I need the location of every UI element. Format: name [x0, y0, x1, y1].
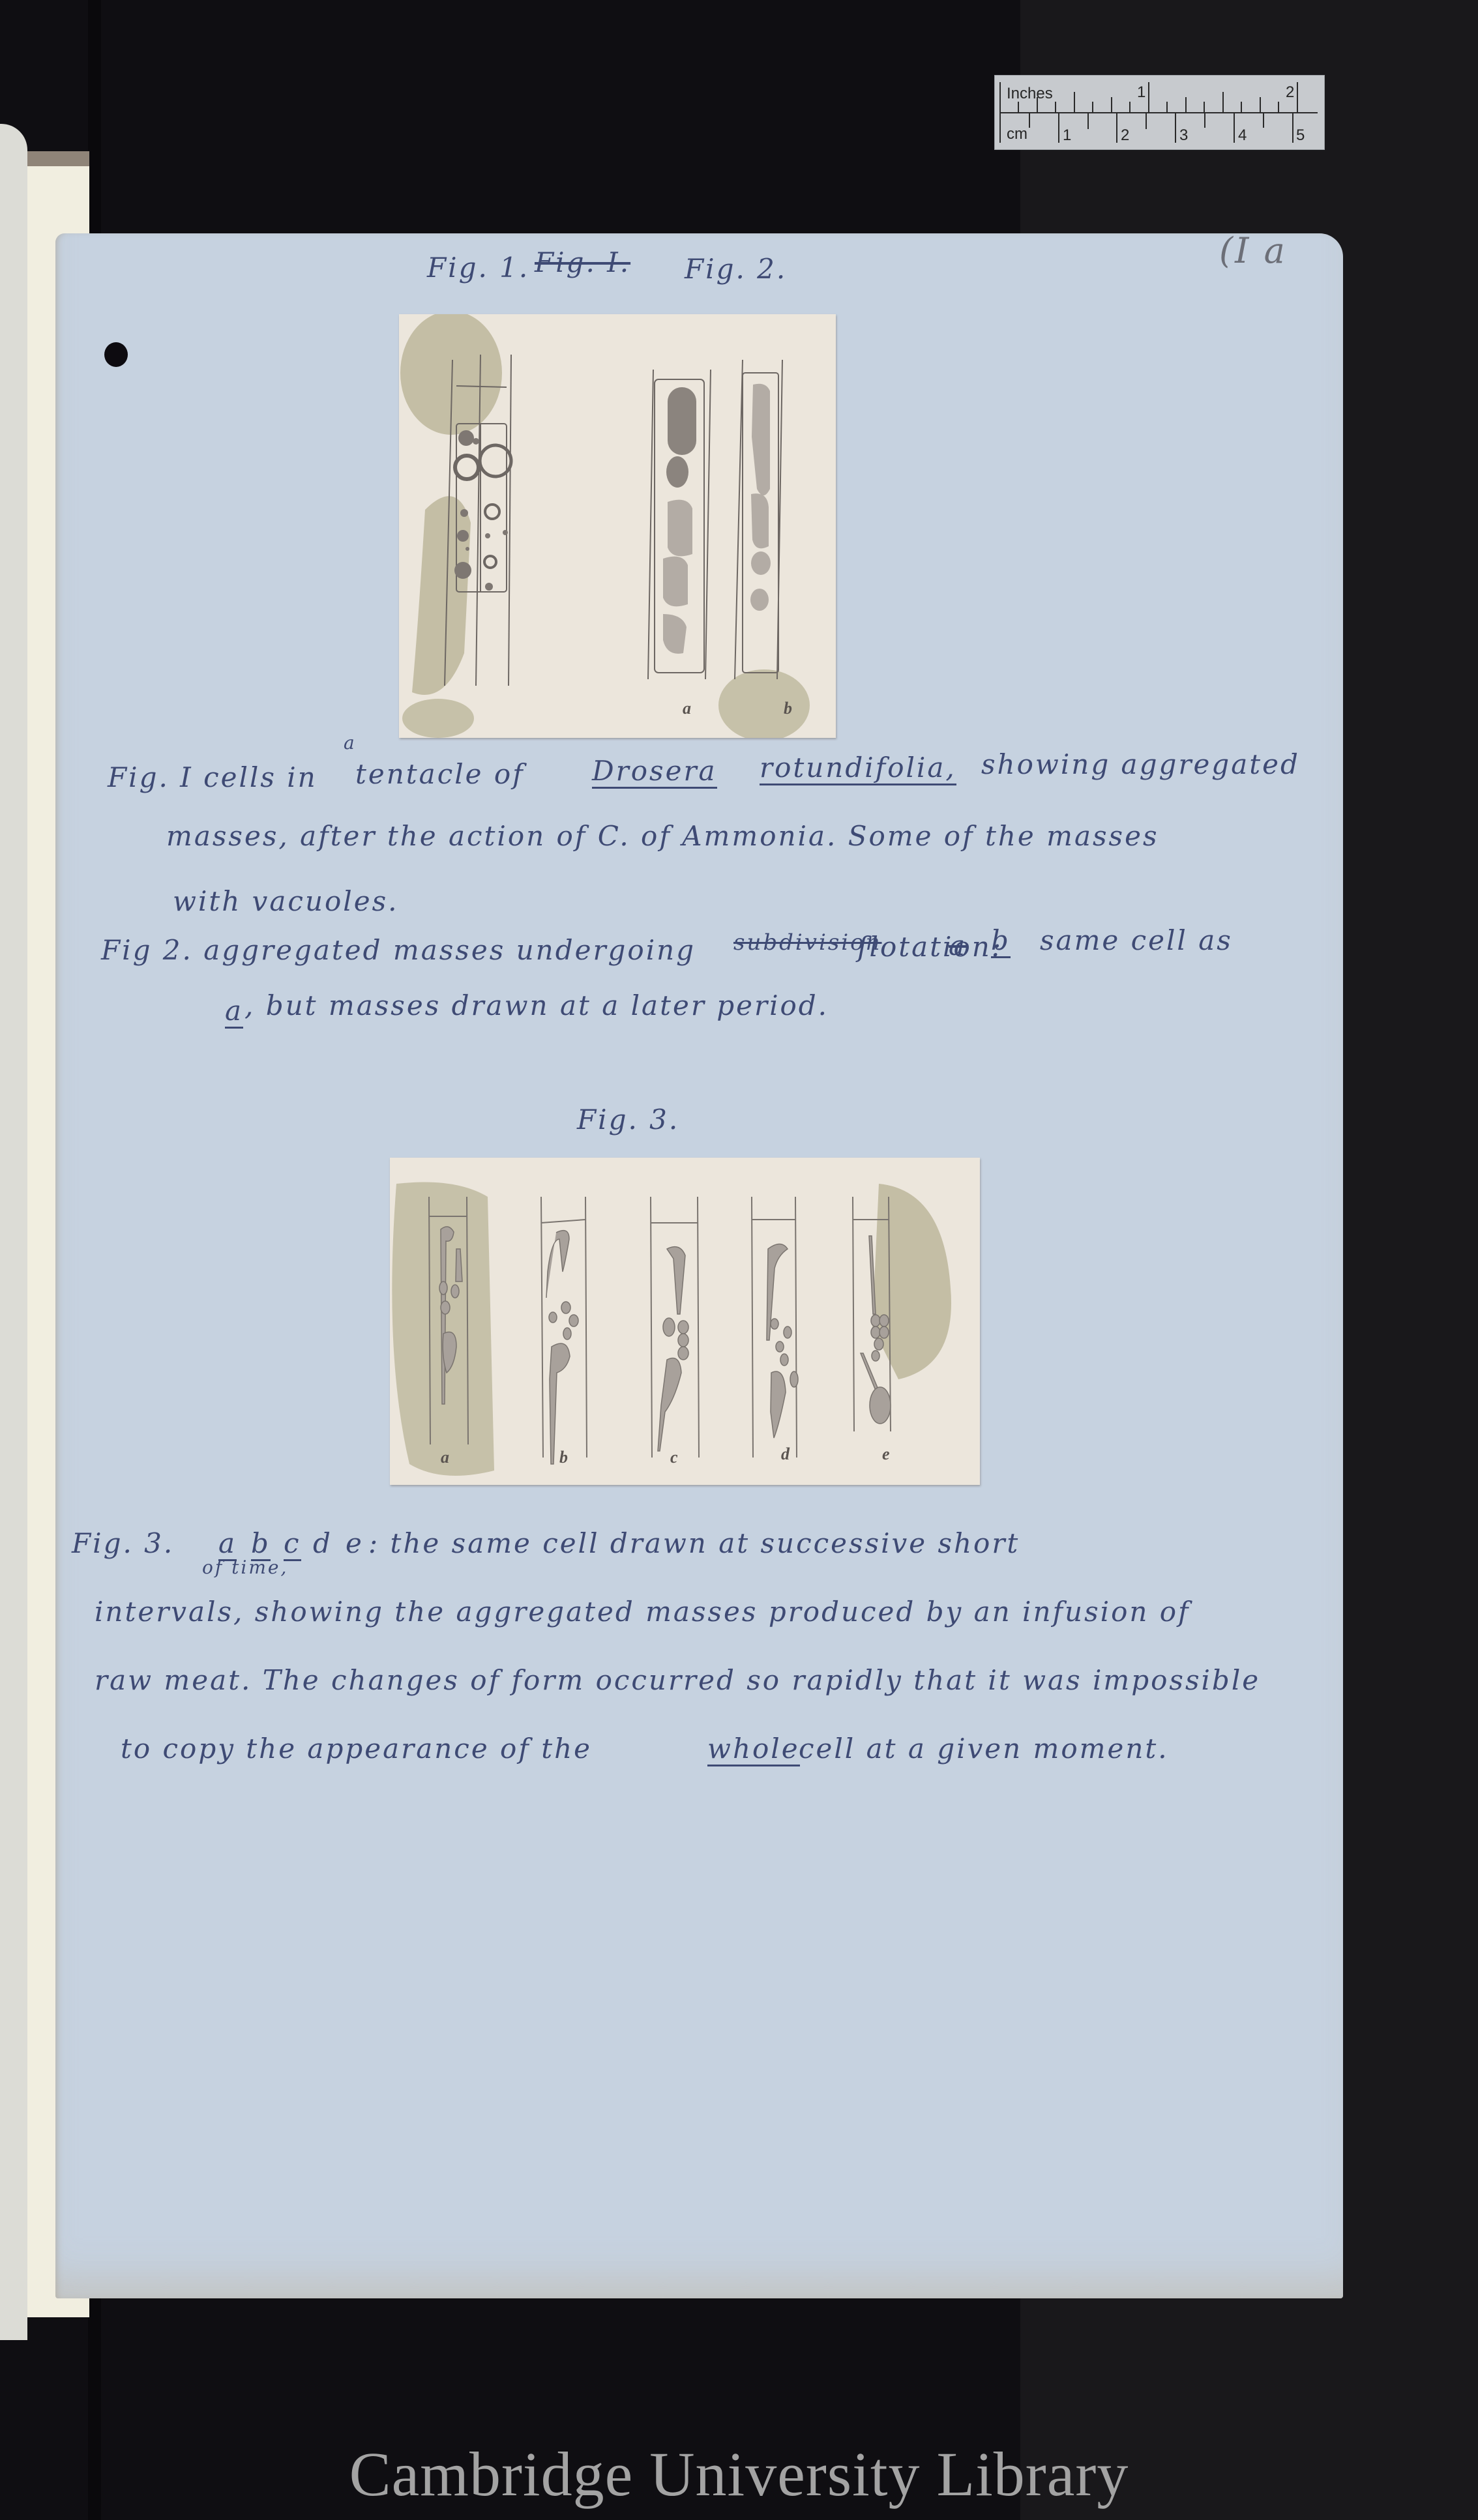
- ruler-cm-tick-3: 3: [1179, 128, 1188, 143]
- caption-fig2-letter-struck: a: [949, 930, 967, 961]
- ruler-cm-tick-1: 1: [1063, 128, 1071, 143]
- caption-fig2-line2-suffix: , but masses drawn at a later period.: [244, 989, 829, 1021]
- caption-fig3-line2: intervals, showing the aggregated masses…: [95, 1596, 1190, 1628]
- punch-hole: [104, 342, 128, 367]
- folio-mark: (I a: [1219, 230, 1287, 271]
- caption-fig3-line4-suffix: cell at a given moment.: [799, 1733, 1169, 1765]
- ruler-cm-tick-4: 4: [1238, 128, 1247, 143]
- caption-fig1-line3: with vacuoles.: [173, 885, 398, 917]
- engraving-fig-3: [390, 1158, 980, 1485]
- ruler-inch-tick-1: 1: [1137, 85, 1145, 100]
- caption-fig2-flotation: flotation:: [857, 931, 1003, 963]
- underlying-book-page: [0, 124, 27, 2340]
- library-credit: Cambridge University Library: [0, 2438, 1478, 2510]
- ruler-inches-label: Inches: [1007, 86, 1053, 102]
- caption-fig3-letter-d: d: [313, 1527, 333, 1559]
- caption-fig2-line1-prefix: Fig 2. aggregated masses undergoing: [101, 934, 696, 966]
- heading-fig-struck: Fig. I.: [535, 246, 630, 278]
- heading-fig-2: Fig. 2.: [685, 253, 787, 285]
- caption-fig1-tentacle: tentacle of: [355, 758, 525, 790]
- caption-fig3-letter-e: e: [346, 1527, 364, 1559]
- caption-fig3-line3: raw meat. The changes of form occurred s…: [95, 1664, 1260, 1696]
- plate2-label-a: a: [441, 1448, 449, 1467]
- caption-fig1-insert-a: a: [344, 732, 357, 754]
- ruler-cm-tick-5: 5: [1296, 128, 1305, 143]
- caption-fig1-line2: masses, after the action of C. of Ammoni…: [166, 820, 1159, 852]
- plate1-label-a: a: [683, 699, 691, 718]
- plate-fig-3: a b c d e: [390, 1158, 980, 1485]
- caption-fig1-genus: Drosera: [592, 755, 717, 789]
- caption-fig2-letter-b: b: [991, 924, 1011, 958]
- heading-fig-3: Fig. 3.: [577, 1104, 679, 1135]
- caption-fig1-line1-suffix: showing aggregated: [981, 748, 1300, 780]
- plate2-label-b: b: [559, 1448, 568, 1467]
- caption-fig3-line4-prefix: to copy the appearance of the: [121, 1733, 592, 1765]
- manuscript-page: (I a Fig. 1. Fig. I. Fig. 2.: [55, 233, 1343, 2298]
- ruler-inch-tick-2: 2: [1286, 85, 1294, 100]
- caption-fig1-species: rotundifolia,: [760, 752, 956, 785]
- caption-fig3-line1-suffix: : the same cell drawn at successive shor…: [368, 1527, 1020, 1559]
- heading-fig-1: Fig. 1.: [427, 252, 529, 284]
- caption-fig1-line1-prefix: Fig. I cells in: [108, 761, 318, 793]
- caption-fig3-prefix: Fig. 3.: [72, 1527, 174, 1559]
- engraving-fig-1-2: [399, 314, 836, 738]
- ruler-cm-label: cm: [1007, 126, 1027, 142]
- caption-fig2-letter-a: a: [225, 995, 243, 1029]
- ruler-cm-tick-2: 2: [1121, 128, 1129, 143]
- plate2-label-c: c: [670, 1448, 678, 1467]
- caption-fig3-insert: of time,: [202, 1557, 288, 1578]
- caption-fig2-line1-suffix: same cell as: [1040, 924, 1233, 956]
- scale-ruler: Inches 1 2 cm 1 2 3 4 5: [994, 75, 1325, 150]
- book-binding-cloth: [27, 151, 89, 168]
- plate2-label-d: d: [781, 1444, 790, 1464]
- caption-fig3-whole: whole: [707, 1733, 800, 1766]
- plate-fig-1-2: a b: [399, 314, 836, 738]
- plate2-label-e: e: [882, 1444, 890, 1464]
- plate1-label-b: b: [784, 699, 792, 718]
